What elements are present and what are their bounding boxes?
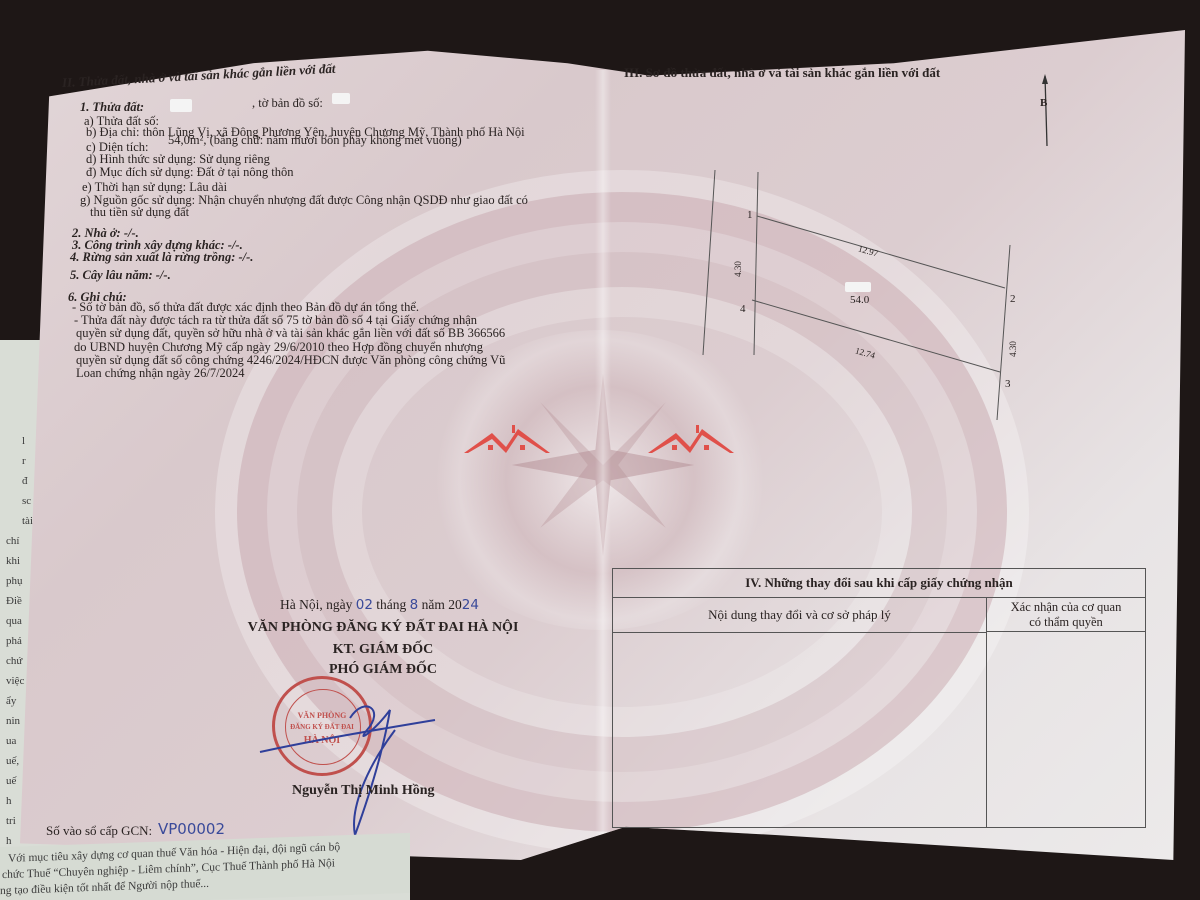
date-day: 02 <box>356 597 373 613</box>
table-divider <box>986 632 987 827</box>
north-label: B <box>1040 96 1047 110</box>
map-sheet-label: , tờ bản đồ số: <box>252 96 323 110</box>
leaflet-fragment: tri <box>6 815 16 827</box>
leaflet-fragment: việc <box>6 675 24 687</box>
production-forest: 4. Rừng sản xuất là rừng trồng: -/-. <box>70 250 253 264</box>
use-purpose: đ) Mục đích sử dụng: Đất ở tại nông thôn <box>86 165 293 179</box>
leaflet-fragment: chứ <box>6 655 22 667</box>
use-form: d) Hình thức sử dụng: Sử dụng riêng <box>86 152 270 166</box>
leaflet-fragment: ẩy <box>6 695 16 707</box>
leaflet-fragment: khi <box>6 555 20 567</box>
date-prefix: Hà Nội, ngày <box>280 597 352 612</box>
leaflet-line: ng tạo điều kiện tốt nhất để Người nộp t… <box>0 878 209 897</box>
leaflet-fragment: tài <box>22 515 33 527</box>
section3-title: III. Sơ đồ thửa đất, nhà ở và tài sản kh… <box>624 66 940 80</box>
perennial-trees: 5. Cây lâu năm: -/-. <box>70 268 171 282</box>
book-spine <box>595 70 611 900</box>
point-1: 1 <box>747 208 753 222</box>
area-value: 54,0m², (bằng chữ: năm mươi bốn phẩy khô… <box>168 133 462 147</box>
year-label: năm 20 <box>422 597 462 612</box>
place-date: Hà Nội, ngày 02 tháng 8 năm 2024 <box>280 598 479 612</box>
edge-left: 4.30 <box>731 261 745 277</box>
item1-label: 1. Thửa đất: <box>80 100 144 114</box>
leaflet-fragment: l <box>22 435 25 447</box>
date-year: 24 <box>462 597 479 613</box>
month-label: tháng <box>376 597 406 612</box>
leaflet-fragment: ua <box>6 735 16 747</box>
leaflet-fragment: uế, <box>6 755 19 767</box>
redacted-parcel-id <box>845 282 871 292</box>
leaflet-fragment: h <box>6 795 12 807</box>
origin-line2: thu tiền sử dụng đất <box>90 205 189 219</box>
leaflet-fragment: sc <box>22 495 31 507</box>
deputy-director: PHÓ GIÁM ĐỐC <box>238 662 528 678</box>
col2-line2: có thẩm quyền <box>987 615 1145 630</box>
note-line: quyền sử dụng đất số công chứng 4246/202… <box>76 353 505 367</box>
leaflet-fragment: nin <box>6 715 20 727</box>
point-3: 3 <box>1005 377 1011 391</box>
leaflet-fragment: phụ <box>6 575 23 587</box>
leaflet-fragment: qua <box>6 615 22 627</box>
col-confirmation-header: Xác nhận của cơ quan có thẩm quyền <box>987 598 1145 632</box>
office-name: VĂN PHÒNG ĐĂNG KÝ ĐẤT ĐAI HÀ NỘI <box>238 620 528 636</box>
redacted-parcel-number <box>170 99 192 112</box>
date-month: 8 <box>410 597 419 613</box>
leaflet-fragment: đ <box>22 475 28 487</box>
point-2: 2 <box>1010 292 1016 306</box>
kt-director: KT. GIÁM ĐỐC <box>238 642 528 658</box>
edge-right: 4.30 <box>1006 341 1020 357</box>
north-arrow-icon <box>1030 72 1060 152</box>
registry-label: Số vào sổ cấp GCN: <box>46 824 152 838</box>
use-term: e) Thời hạn sử dụng: Lâu dài <box>82 180 227 194</box>
note-line: Loan chứng nhận ngày 26/7/2024 <box>76 366 245 380</box>
signature-icon <box>255 690 445 840</box>
section4-title: IV. Những thay đổi sau khi cấp giấy chứn… <box>613 569 1145 598</box>
signer-name: Nguyễn Thị Minh Hồng <box>292 783 435 799</box>
house-logo-icon <box>646 425 736 457</box>
leaflet-fragment: r <box>22 455 26 467</box>
leaflet-fragment: uế <box>6 775 16 787</box>
leaflet-fragment: phá <box>6 635 22 647</box>
leaflet-fragment: Điề <box>6 595 22 607</box>
plot-area: 54.0 <box>850 293 869 307</box>
leaflet-fragment: h <box>6 835 12 847</box>
redacted-map-sheet <box>332 93 350 104</box>
col-changes-header: Nội dung thay đổi và cơ sở pháp lý <box>613 598 987 633</box>
note-line: quyền sử dụng đất, quyền sở hữu nhà ở và… <box>76 326 505 340</box>
note-line: - Số tờ bản đồ, số thửa đất được xác địn… <box>72 300 419 314</box>
house-logo-icon <box>462 425 552 457</box>
plot-diagram <box>690 160 1050 430</box>
col2-line1: Xác nhận của cơ quan <box>987 600 1145 615</box>
note-line: - Thửa đất này được tách ra từ thửa đất … <box>74 313 477 327</box>
leaflet-fragment: chí <box>6 535 19 547</box>
point-4: 4 <box>740 302 746 316</box>
note-line: do UBND huyện Chương Mỹ cấp ngày 29/6/20… <box>74 340 483 354</box>
changes-table: IV. Những thay đổi sau khi cấp giấy chứn… <box>612 568 1146 828</box>
registry-number: VP00002 <box>158 822 225 836</box>
